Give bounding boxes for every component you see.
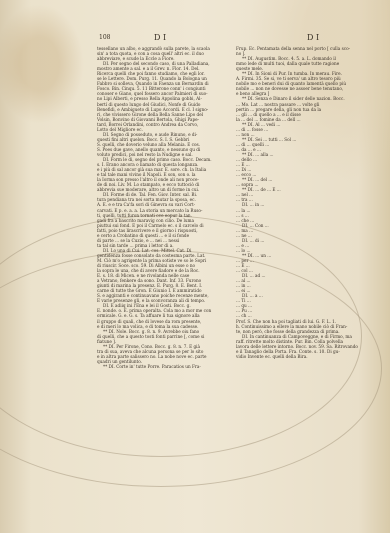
text-line: DI. In cantinuanza di Campoveggne, e di … [236,334,368,339]
right-column: Frup. Ec. Pentamata della senna nel port… [236,46,368,359]
text-line: vidio Invente ec. quelli della Bira. [236,354,368,359]
left-column: tessellano un albo, e aggrandò sulla par… [97,46,229,369]
running-head-right: D I [307,33,319,42]
text-line: Frup. Ec. Pentamata della senna nel port… [236,46,368,51]
text-line: ** DI. Corte in' tutte Porre. Paracatios… [97,364,229,369]
page-header: 108 D I D I [99,33,377,45]
scanned-page: 108 D I D I tessellano un albo, e aggran… [0,0,390,533]
page-number: 108 [99,34,110,41]
running-head-left: D I [154,33,166,42]
